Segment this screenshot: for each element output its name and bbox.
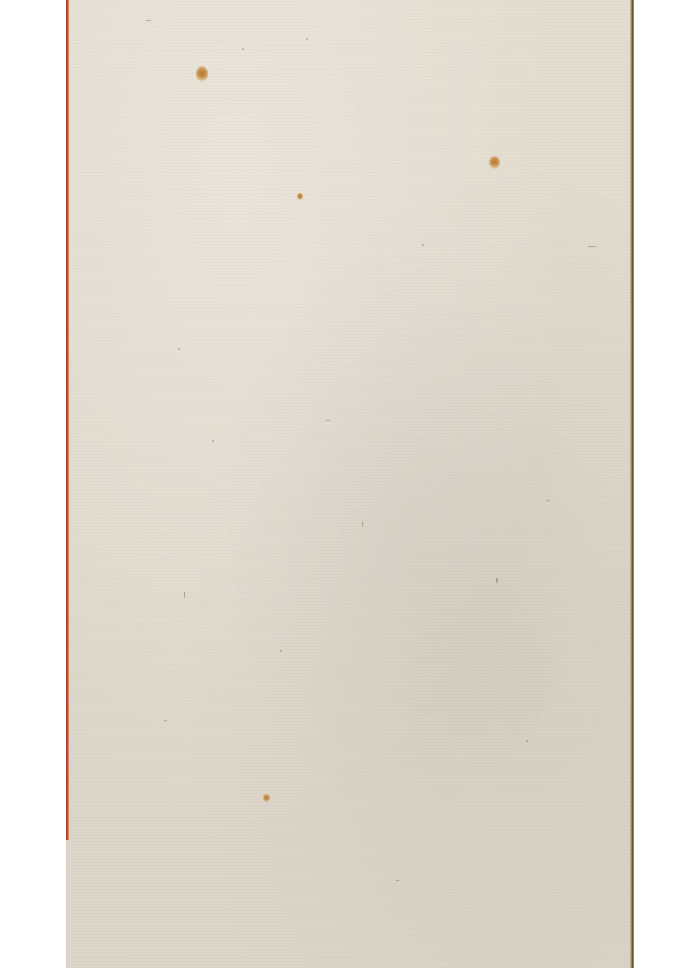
paper-fleck <box>280 650 282 652</box>
paper-fleck <box>306 38 308 40</box>
paper-fleck <box>422 244 424 246</box>
paper-fleck <box>396 880 399 881</box>
paper-fleck <box>184 592 185 598</box>
foxing-spot <box>297 193 303 200</box>
paper-fleck <box>588 246 596 247</box>
paper-fleck <box>546 500 550 501</box>
paper-fleck <box>146 20 151 21</box>
foxing-spot <box>196 66 208 82</box>
page-gutter-edge <box>630 0 634 968</box>
page-left-edge-lower <box>66 840 68 968</box>
paper-fleck <box>212 440 214 442</box>
foxing-spot <box>263 794 270 802</box>
paper-texture <box>66 0 634 968</box>
paper-fleck <box>242 48 244 50</box>
page-left-edge <box>66 0 69 840</box>
blank-page <box>66 0 634 968</box>
paper-fleck <box>362 522 363 527</box>
scan-canvas <box>0 0 690 976</box>
foxing-spot <box>489 156 500 169</box>
paper-fleck <box>178 348 180 350</box>
paper-fleck <box>526 740 528 742</box>
paper-fleck <box>496 578 498 583</box>
paper-fleck <box>164 720 167 721</box>
paper-fleck <box>326 420 330 421</box>
